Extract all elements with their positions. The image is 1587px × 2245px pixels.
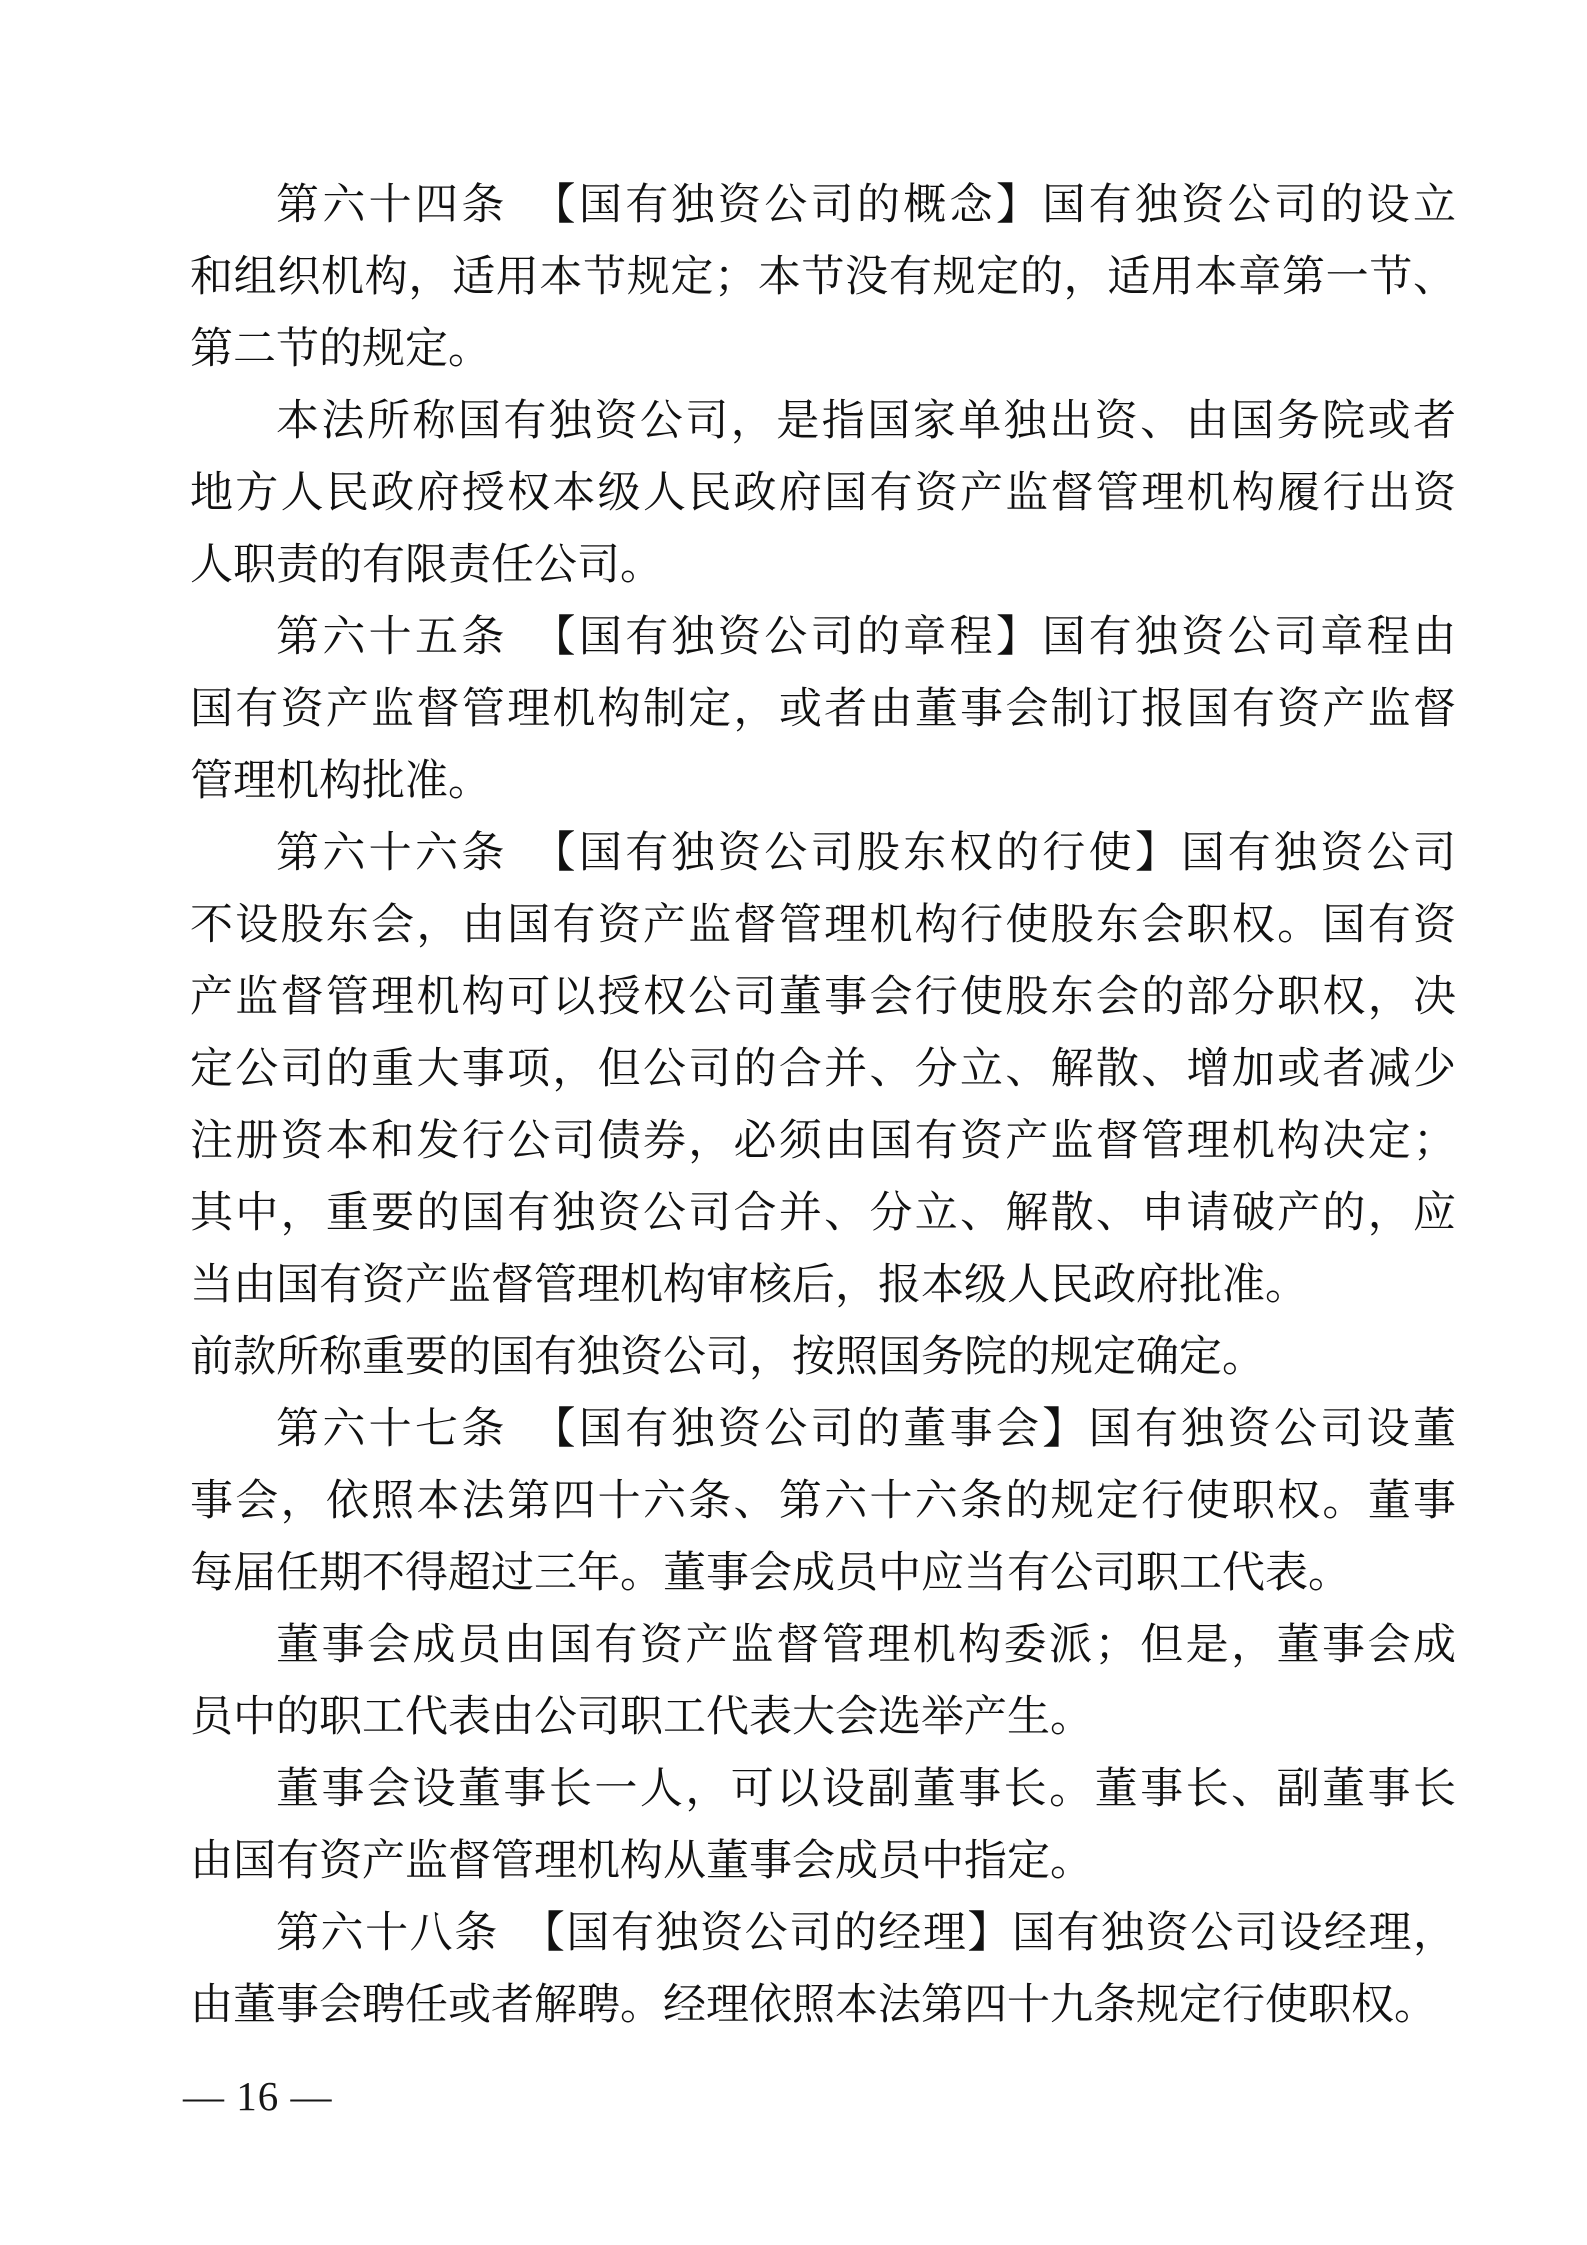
text-line: 第六十四条 【国有独资公司的概念】国有独资公司的设立 bbox=[190, 170, 1456, 242]
text-line: 第六十六条 【国有独资公司股东权的行使】国有独资公司 bbox=[190, 818, 1456, 890]
text-line: 其中，重要的国有独资公司合并、分立、解散、申请破产的，应 bbox=[190, 1178, 1456, 1250]
text-line: 地方人民政府授权本级人民政府国有资产监督管理机构履行出资 bbox=[190, 458, 1456, 530]
text-line: 员中的职工代表由公司职工代表大会选举产生。 bbox=[190, 1682, 1456, 1754]
article-66: 第六十六条 【国有独资公司股东权的行使】国有独资公司不设股东会，由国有资产监督管… bbox=[190, 818, 1456, 1322]
article-65: 第六十五条 【国有独资公司的章程】国有独资公司章程由国有资产监督管理机构制定，或… bbox=[190, 602, 1456, 818]
text-line: 当由国有资产监督管理机构审核后，报本级人民政府批准。 bbox=[190, 1250, 1456, 1322]
text-line: 董事会成员由国有资产监督管理机构委派；但是，董事会成 bbox=[190, 1610, 1456, 1682]
article-64: 第六十四条 【国有独资公司的概念】国有独资公司的设立和组织机构，适用本节规定；本… bbox=[190, 170, 1456, 386]
page-footer: — 16 — bbox=[183, 2072, 333, 2120]
document-page: 第六十四条 【国有独资公司的概念】国有独资公司的设立和组织机构，适用本节规定；本… bbox=[0, 0, 1587, 2245]
text-line: 第二节的规定。 bbox=[190, 314, 1456, 386]
text-line: 第六十五条 【国有独资公司的章程】国有独资公司章程由 bbox=[190, 602, 1456, 674]
article-64-para-2: 本法所称国有独资公司，是指国家单独出资、由国务院或者地方人民政府授权本级人民政府… bbox=[190, 386, 1456, 602]
text-line: 事会，依照本法第四十六条、第六十六条的规定行使职权。董事 bbox=[190, 1466, 1456, 1538]
text-line: 第六十七条 【国有独资公司的董事会】国有独资公司设董 bbox=[190, 1394, 1456, 1466]
text-line: 和组织机构，适用本节规定；本节没有规定的，适用本章第一节、 bbox=[190, 242, 1456, 314]
text-line: 董事会设董事长一人，可以设副董事长。董事长、副董事长 bbox=[190, 1754, 1456, 1826]
text-line: 人职责的有限责任公司。 bbox=[190, 530, 1456, 602]
text-line: 本法所称国有独资公司，是指国家单独出资、由国务院或者 bbox=[190, 386, 1456, 458]
text-line: 定公司的重大事项，但公司的合并、分立、解散、增加或者减少 bbox=[190, 1034, 1456, 1106]
text-line: 国有资产监督管理机构制定，或者由董事会制订报国有资产监督 bbox=[190, 674, 1456, 746]
text-line: 注册资本和发行公司债券，必须由国有资产监督管理机构决定； bbox=[190, 1106, 1456, 1178]
text-line: 由董事会聘任或者解聘。经理依照本法第四十九条规定行使职权。 bbox=[190, 1970, 1456, 2042]
article-67: 第六十七条 【国有独资公司的董事会】国有独资公司设董事会，依照本法第四十六条、第… bbox=[190, 1394, 1456, 1610]
text-line: 第六十八条 【国有独资公司的经理】国有独资公司设经理， bbox=[190, 1898, 1456, 1970]
text-line: 前款所称重要的国有独资公司，按照国务院的规定确定。 bbox=[190, 1322, 1456, 1394]
text-line: 由国有资产监督管理机构从董事会成员中指定。 bbox=[190, 1826, 1456, 1898]
article-68: 第六十八条 【国有独资公司的经理】国有独资公司设经理，由董事会聘任或者解聘。经理… bbox=[190, 1898, 1456, 2042]
document-body: 第六十四条 【国有独资公司的概念】国有独资公司的设立和组织机构，适用本节规定；本… bbox=[190, 170, 1456, 2042]
text-line: 产监督管理机构可以授权公司董事会行使股东会的部分职权，决 bbox=[190, 962, 1456, 1034]
text-line: 每届任期不得超过三年。董事会成员中应当有公司职工代表。 bbox=[190, 1538, 1456, 1610]
article-67-para-3: 董事会设董事长一人，可以设副董事长。董事长、副董事长由国有资产监督管理机构从董事… bbox=[190, 1754, 1456, 1898]
article-66-para-2: 前款所称重要的国有独资公司，按照国务院的规定确定。 bbox=[190, 1322, 1456, 1394]
article-67-para-2: 董事会成员由国有资产监督管理机构委派；但是，董事会成员中的职工代表由公司职工代表… bbox=[190, 1610, 1456, 1754]
text-line: 管理机构批准。 bbox=[190, 746, 1456, 818]
page-number: — 16 — bbox=[183, 2073, 333, 2119]
text-line: 不设股东会，由国有资产监督管理机构行使股东会职权。国有资 bbox=[190, 890, 1456, 962]
